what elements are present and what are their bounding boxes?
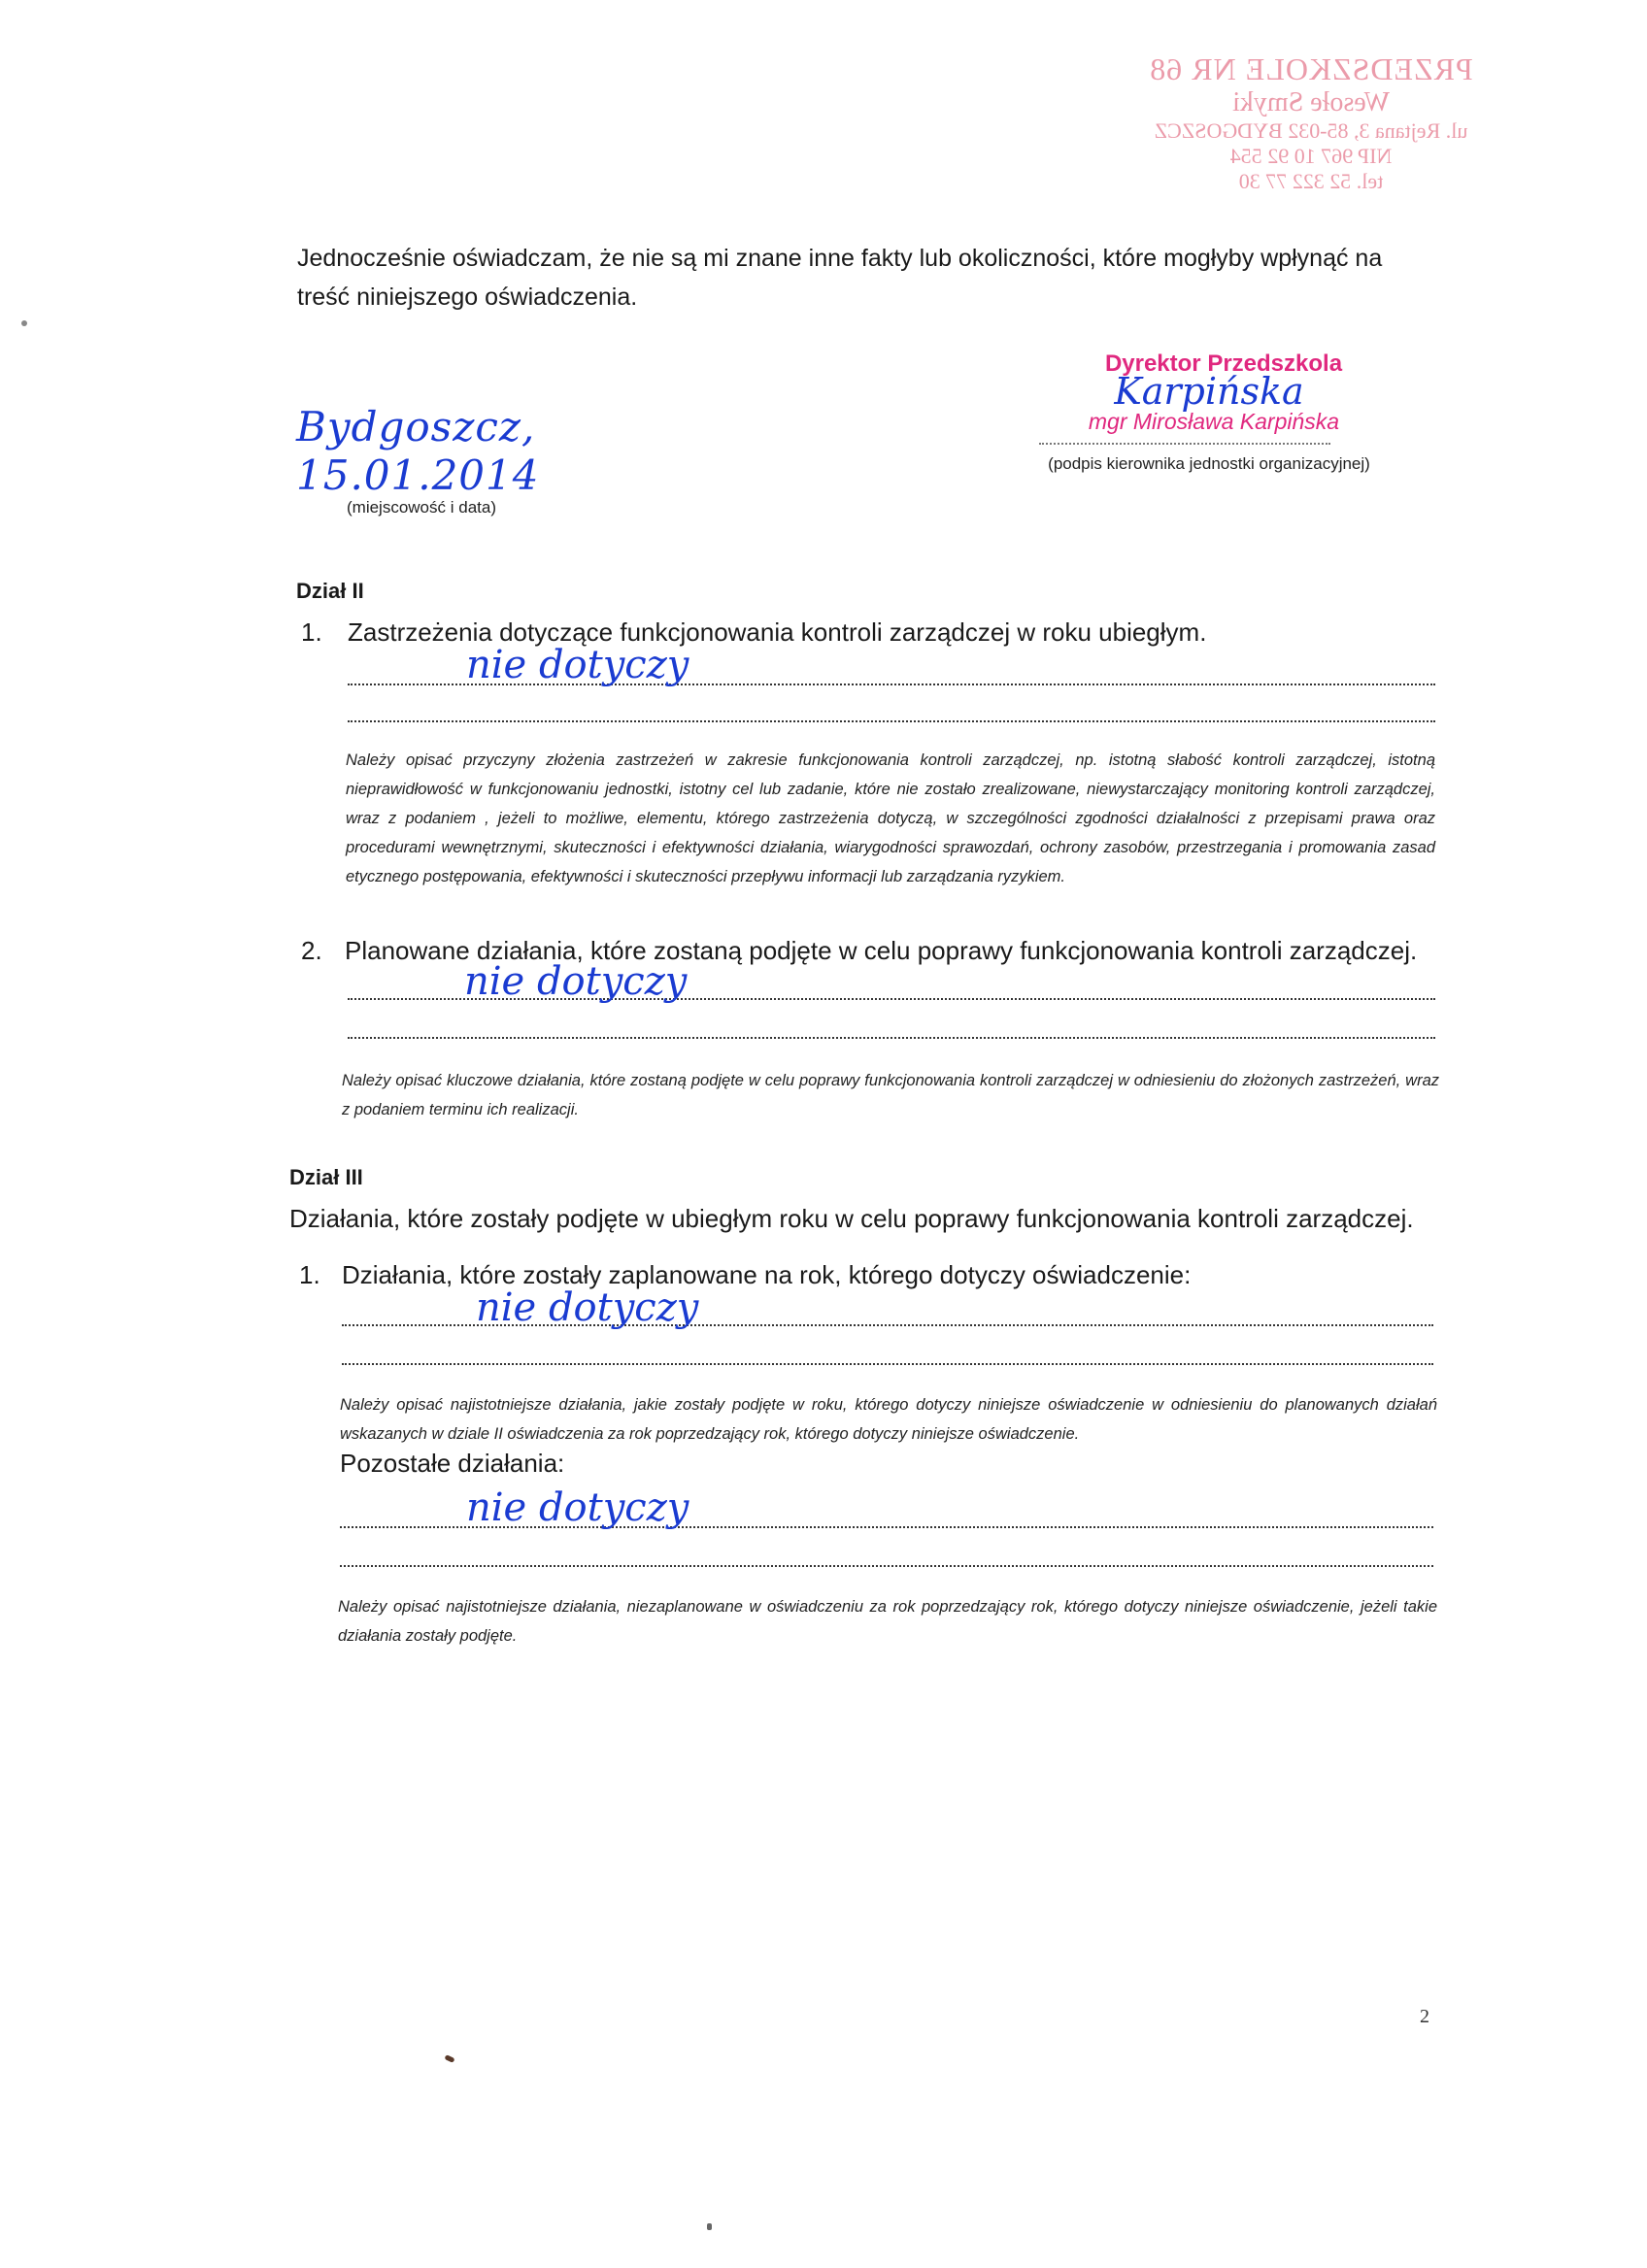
scan-speck [707,2223,712,2230]
section-2-heading: Dział II [296,579,364,604]
section-2-item-1-note: Należy opisać przyczyny złożenia zastrze… [346,746,1435,891]
handwritten-signature: Karpińska [1010,375,1408,408]
place-date-field: Bydgoszcz, 15.01.2014 (miejscowość i dat… [296,403,704,517]
declaration-line: treść niniejszego oświadczenia. [297,278,1462,317]
answer-line [342,1363,1433,1365]
section-3-item-1-answer: nie dotyczy [476,1285,698,1330]
section-3-other-note: Należy opisać najistotniejsze działania,… [338,1592,1437,1651]
scan-speck [444,2054,454,2063]
scan-speck [21,320,27,326]
stamp-line: Wesołe Smyki [1117,87,1505,118]
section-3-intro: Działania, które zostały podjęte w ubieg… [289,1204,1455,1234]
declaration-paragraph: Jednocześnie oświadczam, że nie są mi zn… [297,239,1462,317]
section-2-item-number: 2. [301,936,322,966]
stamp-line: ul. Rejtana 3, 85-032 BYDGOSZCZ [1117,118,1505,144]
section-3-other-answer: nie dotyczy [466,1485,689,1530]
stamp-bleed-through: PRZEDSZKOLE NR 68 Wesołe Smyki ul. Rejta… [1117,50,1505,194]
declaration-line: Jednocześnie oświadczam, że nie są mi zn… [297,239,1462,278]
place-date-handwritten: Bydgoszcz, 15.01.2014 [296,403,704,500]
section-3-heading: Dział III [289,1165,363,1190]
section-2-item-1-answer: nie dotyczy [466,643,689,687]
director-stamp-name: mgr Mirosława Karpińska [1020,408,1408,435]
section-3-item-1-note: Należy opisać najistotniejsze działania,… [340,1390,1437,1449]
stamp-line: tel. 52 322 77 30 [1117,169,1505,194]
page-number: 2 [1420,2006,1429,2028]
answer-line [348,1037,1435,1039]
section-3-other-question: Pozostałe działania: [340,1449,564,1479]
section-2-item-2-note: Należy opisać kluczowe działania, które … [342,1066,1439,1124]
signature-caption: (podpis kierownika jednostki organizacyj… [1010,454,1408,474]
signature-line [1039,443,1330,445]
answer-line [340,1565,1433,1567]
section-2-item-number: 1. [301,617,322,648]
stamp-line: NIP 967 10 92 554 [1117,144,1505,169]
section-2-item-2-answer: nie dotyczy [464,959,687,1004]
answer-line [348,720,1435,722]
place-date-caption: (miejscowość i data) [347,498,704,517]
stamp-line: PRZEDSZKOLE NR 68 [1117,50,1505,87]
signature-block: Dyrektor Przedszkola Karpińska mgr Miros… [1010,350,1408,474]
section-3-item-number: 1. [299,1260,320,1290]
